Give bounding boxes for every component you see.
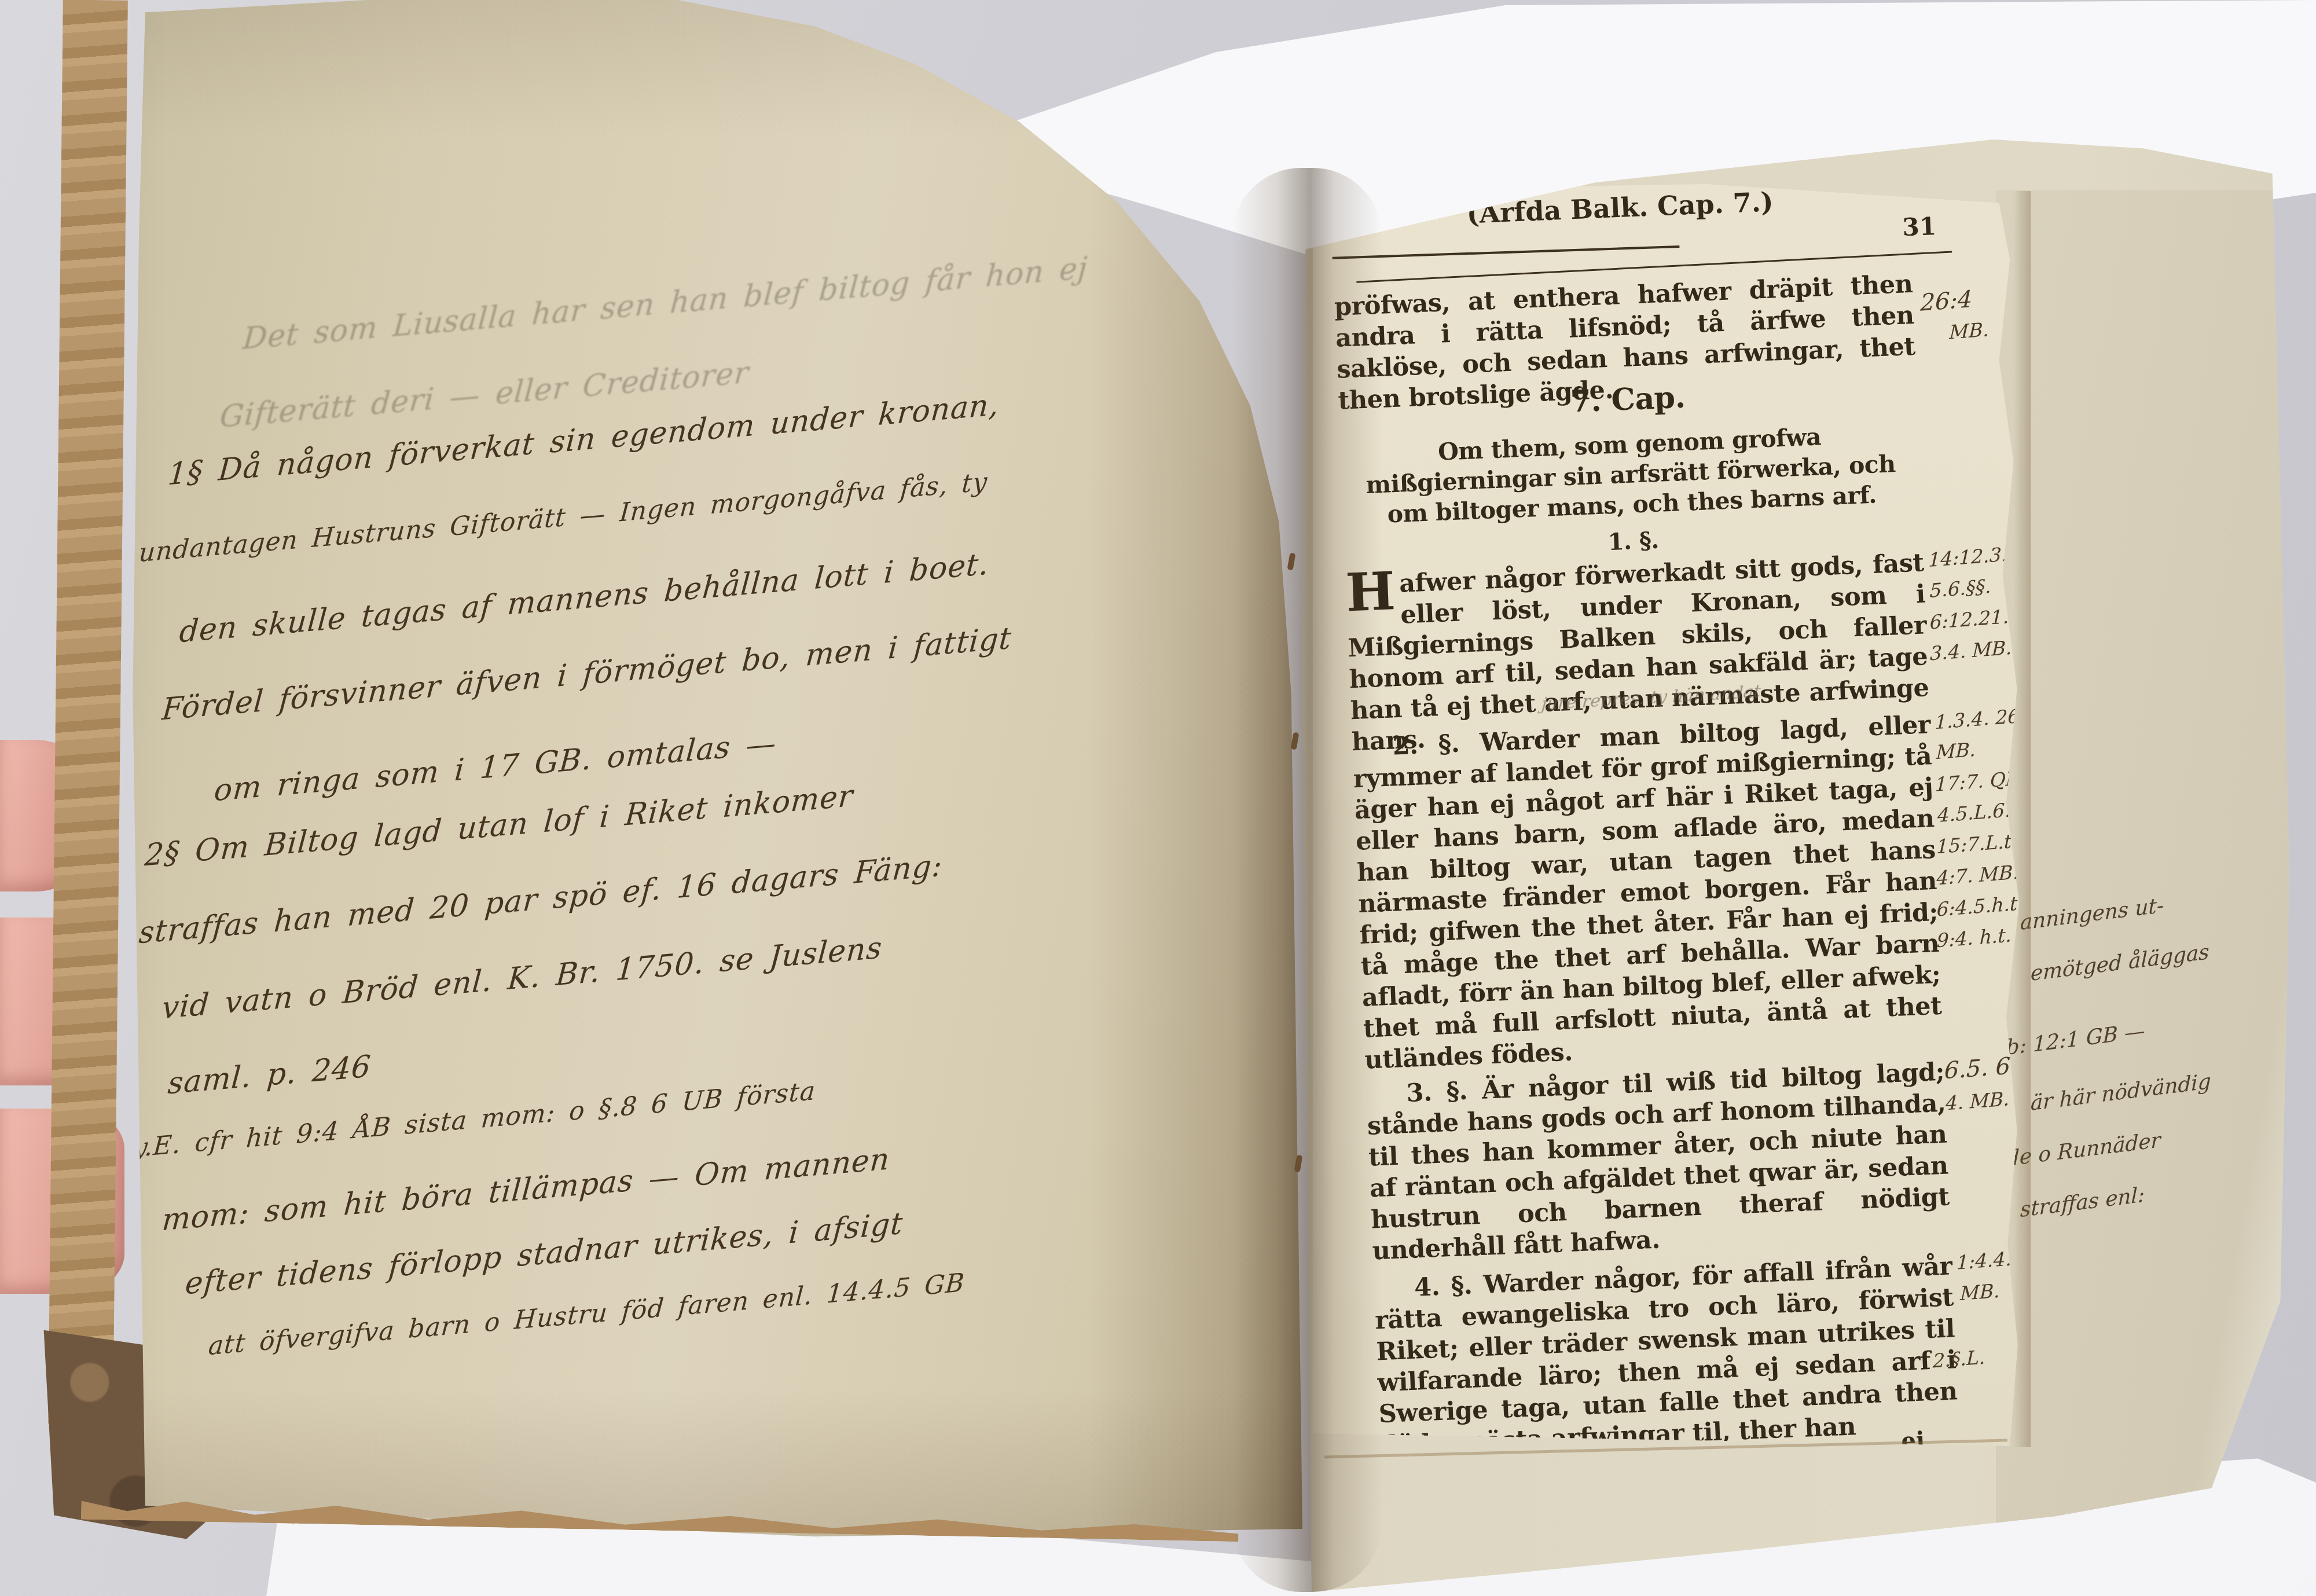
left-page: Det som Liusalla har sen han blef biltog… (69, 0, 1311, 1543)
head-rule (1333, 245, 1680, 259)
handwritten-line-faded: Det som Liusalla har sen han blef biltog… (242, 250, 1089, 356)
margin-note: 5.6.§§. (1929, 575, 1991, 602)
right-page: anningens ut- emötged åläggas b: 12:1 GB… (1297, 116, 2292, 1596)
handwritten-fragment: anningens ut- (2020, 893, 2164, 935)
margin-note: 6:4.5.h.t. (1936, 891, 2024, 920)
printed-leaf: (Ärfda Balk. Cap. 7.) 31 pröfwas, at ent… (1313, 184, 2028, 1446)
margin-note: 4.5.L.6. (1937, 798, 2012, 827)
handwritten-line: saml. p. 246 (167, 1049, 373, 1101)
margin-note: 1:4.4. (1957, 1247, 2012, 1274)
margin-note: 4:7. MB. (1936, 861, 2019, 890)
binding-stitch (1290, 732, 1299, 750)
paragraph-3: 3. §. Är någor til wiß tid biltog lagd; … (1366, 1056, 1951, 1267)
margin-note: 15:7.L.t. (1936, 830, 2018, 858)
margin-note: 4. MB. (1946, 1087, 2010, 1114)
paragraph-4: 4. §. Warder någor, för affall ifrån wår… (1373, 1250, 1959, 1461)
handwritten-fragment: emötged åläggas (2031, 940, 2209, 986)
handwritten-fragment: straffas enl: (2020, 1183, 2145, 1222)
handwritten-fragment: är här nödvändig (2031, 1070, 2211, 1116)
paragraph-2: 2. §. Warder man biltog lagd, eller rymm… (1352, 709, 1944, 1076)
page-number: 31 (1902, 212, 1936, 241)
torn-edge-shadow (2013, 191, 2031, 1447)
margin-note: 26:4 (1920, 286, 1973, 317)
margin-note: MB. (1936, 738, 1976, 764)
margin-note: 9:4. h.t. (1936, 923, 2012, 952)
binding-stitch (1287, 552, 1295, 570)
book-photo: Det som Liusalla har sen han blef biltog… (0, 0, 2316, 1596)
leaf-bottom-edge (1324, 1439, 2007, 1459)
margin-note: MB. (1960, 1279, 2001, 1305)
margin-note: 3.4. MB. (1929, 636, 2012, 665)
margin-note: 2.§.L. (1932, 1346, 1985, 1373)
chapter-subtitle: Om them, som genom grofwa mißgierningar … (1363, 419, 1899, 530)
handwritten-line: vid vatn o Bröd enl. K. Br. 1750. se Jus… (161, 930, 883, 1026)
margin-note: 6:12.21. (1929, 605, 2009, 633)
next-leaf: anningens ut- emötged åläggas b: 12:1 GB… (1996, 190, 2292, 1533)
margin-note: MB. (1949, 318, 1990, 343)
